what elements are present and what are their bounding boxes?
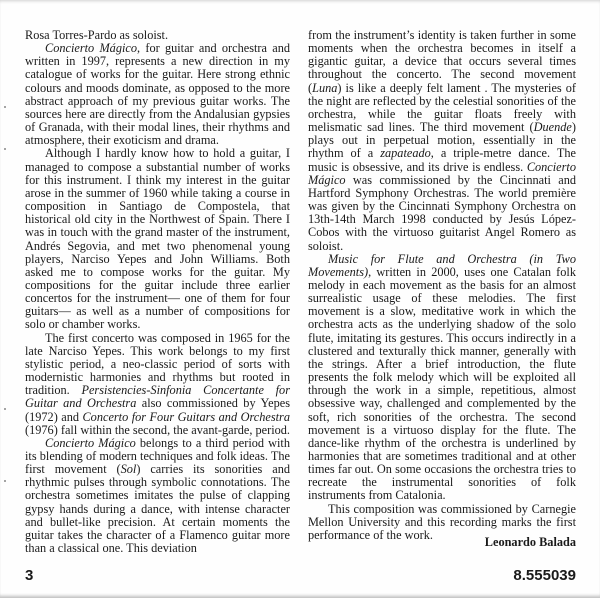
paragraph: Music for Flute and Orchestra (in Two Mo… xyxy=(308,253,576,503)
text: , for guitar and orchestra and written i… xyxy=(25,41,290,147)
text: Rosa Torres-Pardo as soloist. xyxy=(25,28,168,42)
booklet-page: Rosa Torres-Pardo as soloist. Concierto … xyxy=(0,0,600,598)
left-column: Rosa Torres-Pardo as soloist. Concierto … xyxy=(25,29,290,555)
scan-mark xyxy=(4,106,6,108)
movement-title: Duende xyxy=(534,120,572,134)
work-title: Concierto Mágico xyxy=(45,41,137,55)
work-title: Concerto for Four Guitars and Orchestra xyxy=(82,410,290,424)
right-column: from the instrument’s identity is taken … xyxy=(308,29,576,542)
dance-term: zapateado xyxy=(380,146,431,160)
author-signature: Leonardo Balada xyxy=(308,535,576,550)
paragraph: Although I hardly know how to hold a gui… xyxy=(25,147,290,331)
scan-mark xyxy=(4,148,6,150)
text: was commissioned by the Cincinnati and H… xyxy=(308,173,576,253)
paragraph: Concierto Mágico belongs to a third peri… xyxy=(25,437,290,555)
work-title: Concierto Mágico xyxy=(45,436,136,450)
scan-mark xyxy=(4,408,6,410)
paragraph: Concierto Mágico, for guitar and orchest… xyxy=(25,42,290,147)
page-number: 3 xyxy=(25,567,33,584)
movement-title: Luna xyxy=(312,81,337,95)
text: Although I hardly know how to hold a gui… xyxy=(25,146,290,331)
paragraph: from the instrument’s identity is taken … xyxy=(308,29,576,253)
paragraph: The first concerto was composed in 1965 … xyxy=(25,332,290,437)
text: ) carries its sonorities and rhythmic pu… xyxy=(25,462,290,555)
scan-mark xyxy=(4,480,6,482)
text: , written in 2000, uses one Catalan folk… xyxy=(308,265,576,503)
text: (1976) fall within the second, the avant… xyxy=(25,423,290,437)
catalog-number: 8.555039 xyxy=(513,567,576,584)
movement-title: Sol xyxy=(121,462,137,476)
